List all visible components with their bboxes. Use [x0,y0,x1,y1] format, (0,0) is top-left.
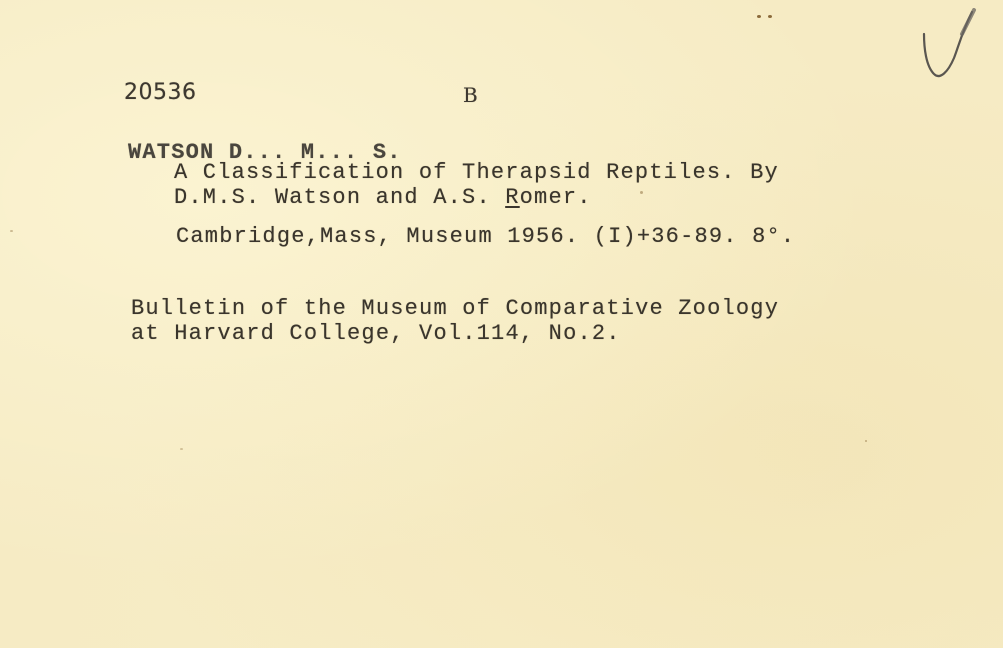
accession-number: 20536 [124,80,197,106]
check-mark-icon [918,8,978,84]
title-line-2-prefix: D.M.S. Watson and A.S. [174,185,505,210]
paper-speck [757,15,761,18]
title-line-2-underlined: R [505,185,519,210]
paper-speck [865,440,867,442]
series-line-2: at Harvard College, Vol.114, No.2. [131,321,621,347]
series-line-1: Bulletin of the Museum of Comparative Zo… [131,296,779,322]
paper-speck [768,15,772,18]
class-mark: B [463,82,479,108]
catalog-card: 20536 B WATSON D... M... S. A Classifica… [0,0,1003,648]
paper-speck [10,230,13,232]
title-line-2-suffix: omer. [520,185,592,210]
paper-speck [640,191,643,194]
title-line-1: A Classification of Therapsid Reptiles. … [174,160,779,186]
paper-speck [180,448,183,450]
imprint: Cambridge,Mass, Museum 1956. (I)+36-89. … [176,224,795,250]
title-line-2: D.M.S. Watson and A.S. Romer. [174,185,592,211]
